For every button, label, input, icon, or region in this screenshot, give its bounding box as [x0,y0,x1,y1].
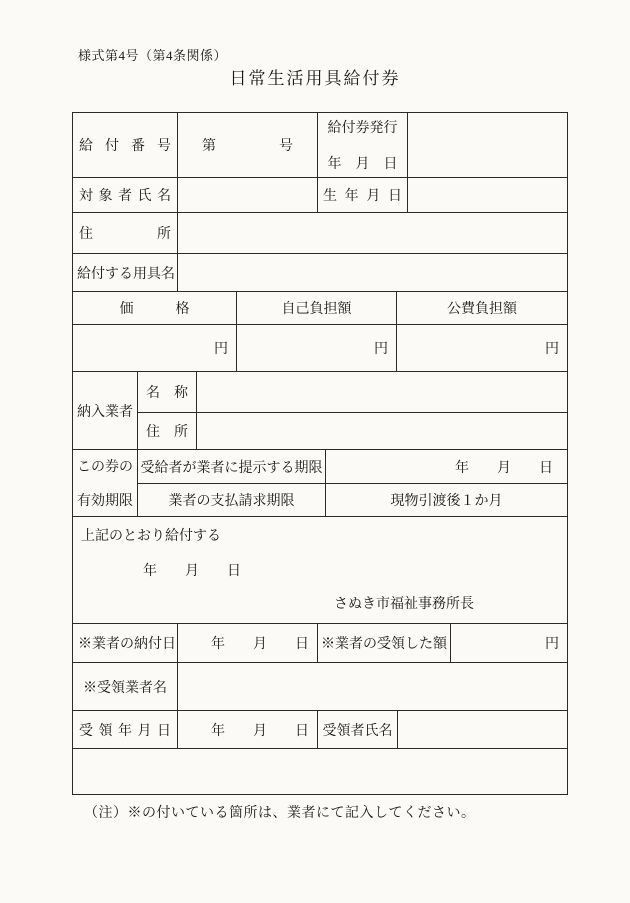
table-row-supplier: 納入業者 名 称 住 所 [73,372,567,450]
claim-limit-value-cell: 現物引渡後１か月 [326,484,567,516]
voucher-table: 給 付 番 号 第 号 給付券発行 年 月 日 対 象 者 氏 名 生 年 月 … [72,112,568,795]
equipment-label-cell: 給付する用具名 [73,254,178,291]
page-title: 日常生活用具給付券 [0,64,630,89]
self-payment-label-cell: 自己負担額 [237,292,397,324]
supplier-address-row: 住 所 [138,413,567,449]
table-row-address: 住 所 [73,213,567,254]
claim-limit-label-cell: 業者の支払請求期限 [138,484,326,516]
footnote: （注）※の付いている箇所は、業者にて記入してください。 [84,802,476,822]
public-payment-value-cell: 円 [397,325,567,371]
claim-limit-row: 業者の支払請求期限 現物引渡後１か月 [138,484,567,516]
table-row-grant-statement: 上記のとおり給付する 年 月 日 さぬき市福祉事務所長 [73,517,567,624]
table-row-vendor-delivery: ※業者の納付日 年 月 日 ※業者の受領した額 円 [73,624,567,663]
vendor-delivery-label-cell: ※業者の納付日 [73,624,178,662]
issue-date-value-cell [408,113,567,177]
self-payment-value-cell: 円 [237,325,397,371]
address-label-cell: 住 所 [73,213,178,253]
form-number: 様式第4号（第4条関係） [78,45,227,64]
vendor-received-value-cell: 円 [451,624,567,662]
public-payment-label-cell: 公費負担額 [397,292,567,324]
table-row-validity: この券の 有効期限 受給者が業者に提示する期限 年 月 日 業者の支払請求期限 … [73,450,567,517]
table-row-equipment: 給付する用具名 [73,254,567,292]
supplier-address-value-cell [197,413,567,449]
recipient-value-cell [178,178,318,212]
table-row-price-values: 円 円 円 [73,325,567,372]
grant-signer: さぬき市福祉事務所長 [334,595,567,614]
grant-statement-text: 上記のとおり給付する [81,527,567,546]
empty-cell [73,749,567,794]
supplier-name-value-cell [197,372,567,412]
table-row-price-header: 価 格 自己負担額 公費負担額 [73,292,567,325]
grant-date: 年 月 日 [143,562,567,581]
birth-date-value-cell [408,178,567,212]
receipt-date-value-cell: 年 月 日 [178,711,318,748]
validity-label-cell: この券の 有効期限 [73,450,138,516]
table-row-recipient: 対 象 者 氏 名 生 年 月 日 [73,178,567,213]
table-row-receipt: 受 領 年 月 日 年 月 日 受領者氏名 [73,711,567,749]
issue-date-label-cell: 給付券発行 年 月 日 [318,113,408,177]
supplier-name-row: 名 称 [138,372,567,413]
vendor-delivery-date-cell: 年 月 日 [178,624,318,662]
receiver-value-cell [398,711,567,748]
price-value-cell: 円 [73,325,237,371]
price-label-cell: 価 格 [73,292,237,324]
grant-number-label-cell: 給 付 番 号 [73,113,178,177]
table-row-empty [73,749,567,794]
equipment-value-cell [178,254,567,291]
present-limit-value-cell: 年 月 日 [326,450,567,483]
table-row-vendor-name: ※受領業者名 [73,663,567,711]
grant-statement-cell: 上記のとおり給付する 年 月 日 さぬき市福祉事務所長 [73,517,567,623]
address-value-cell [178,213,567,253]
vendor-name-value-cell [178,663,567,710]
vendor-received-label-cell: ※業者の受領した額 [318,624,451,662]
supplier-address-label-cell: 住 所 [138,413,197,449]
grant-number-value-cell: 第 号 [178,113,318,177]
voucher-document: 様式第4号（第4条関係） 日常生活用具給付券 給 付 番 号 第 号 給付券発行… [0,0,630,903]
receipt-date-label-cell: 受 領 年 月 日 [73,711,178,748]
birth-date-label-cell: 生 年 月 日 [318,178,408,212]
receiver-label-cell: 受領者氏名 [318,711,398,748]
recipient-label-cell: 対 象 者 氏 名 [73,178,178,212]
supplier-label-cell: 納入業者 [73,372,138,449]
table-row-grant-number: 給 付 番 号 第 号 給付券発行 年 月 日 [73,113,567,178]
vendor-name-label-cell: ※受領業者名 [73,663,178,710]
supplier-name-label-cell: 名 称 [138,372,197,412]
present-limit-row: 受給者が業者に提示する期限 年 月 日 [138,450,567,484]
present-limit-label-cell: 受給者が業者に提示する期限 [138,450,326,483]
